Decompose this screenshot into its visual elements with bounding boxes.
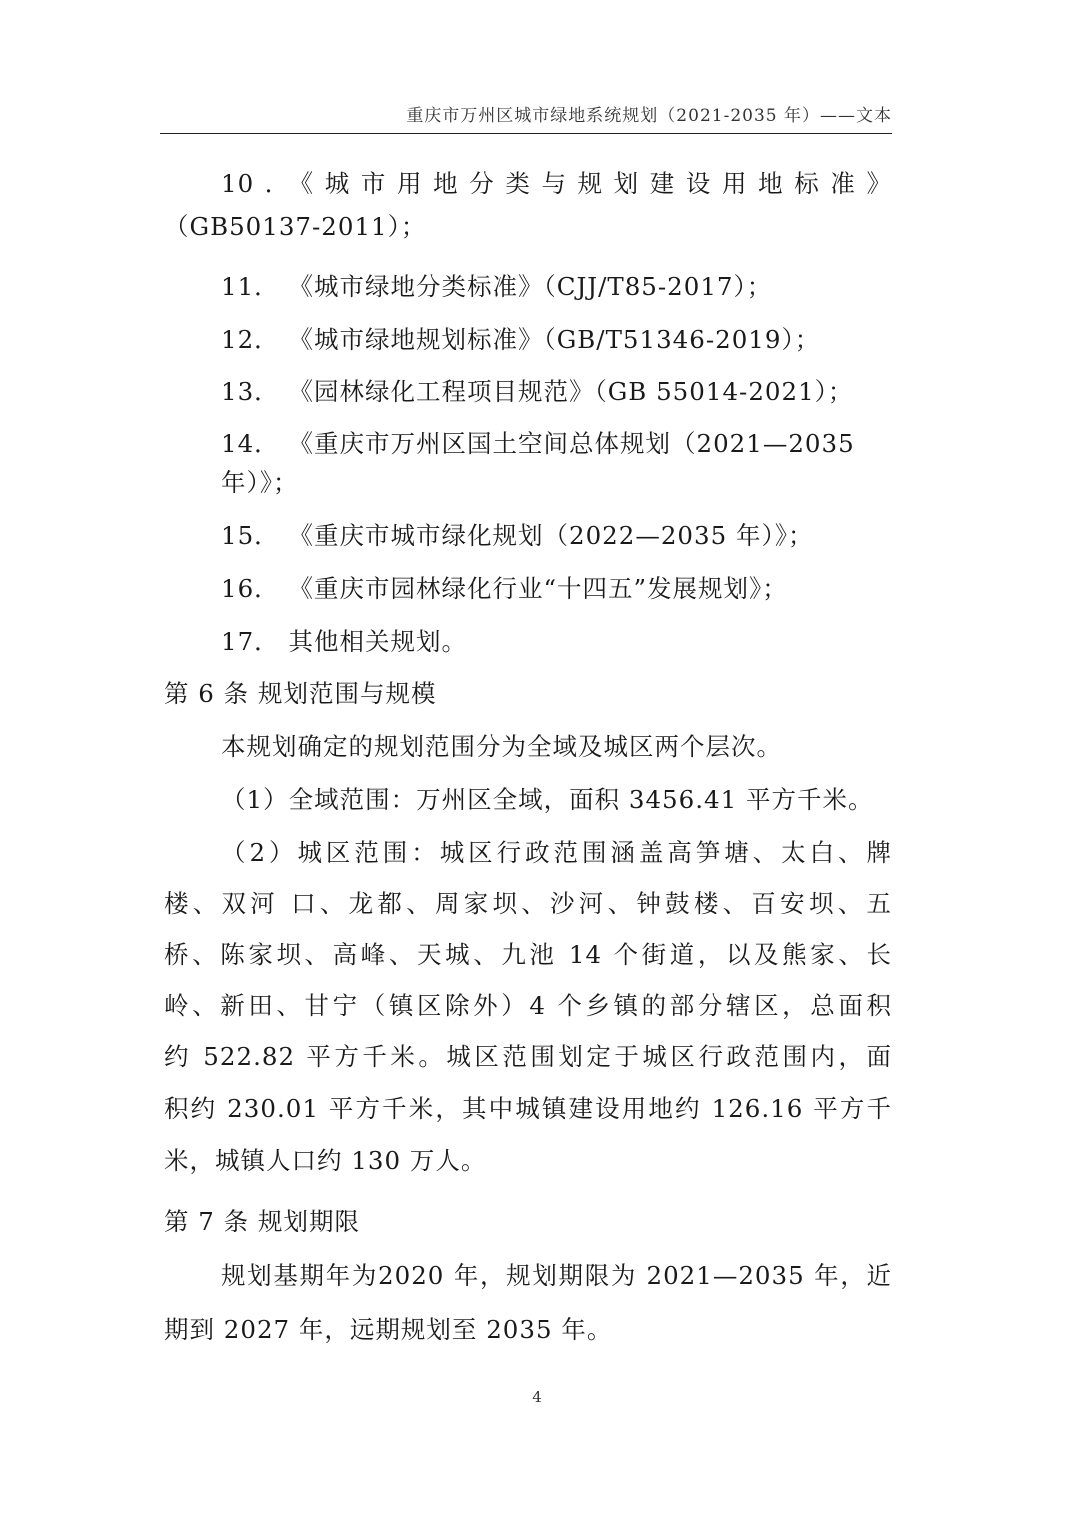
reference-item-10: 10．《城市用地分类与规划建设用地标准》: [221, 167, 892, 201]
reference-item-13: 13． 《园林绿化工程项目规范》（GB 55014-2021）；: [221, 375, 892, 409]
article-7-heading: 第 7 条 规划期限: [164, 1205, 892, 1239]
reference-text: 《城市用地分类与规划建设用地标准》: [301, 169, 892, 198]
article-6-item-1: （1）全域范围：万州区全域，面积 3456.41 平方千米。: [221, 783, 892, 817]
reference-number: 10．: [221, 169, 301, 198]
reference-text: 《园林绿化工程项目规范》（GB 55014-2021）；: [288, 377, 853, 406]
article-6-item-2-line: 积约 230.01 平方千米，其中城镇建设用地约 126.16 平方千: [164, 1092, 892, 1126]
article-6-item-2-line: 米，城镇人口约 130 万人。: [164, 1144, 892, 1178]
reference-number: 12．: [221, 325, 280, 354]
reference-number: 15．: [221, 521, 280, 550]
reference-number: 13．: [221, 377, 280, 406]
reference-item-14-continued: 年）》；: [221, 466, 892, 500]
reference-item-14: 14． 《重庆市万州区国土空间总体规划（2021—2035: [221, 427, 892, 461]
reference-item-10-continued: （GB50137-2011）；: [164, 210, 892, 244]
reference-item-12: 12． 《城市绿地规划标准》（GB/T51346-2019）；: [221, 323, 892, 357]
reference-number: 14．: [221, 429, 280, 458]
reference-number: 16．: [221, 574, 280, 603]
article-6-item-2-line: （2）城区范围：城区行政范围涵盖高笋塘、太白、牌: [221, 836, 892, 870]
page-number: 4: [0, 1388, 1074, 1406]
reference-text: 《城市绿地分类标准》（CJJ/T85-2017）；: [288, 272, 772, 301]
reference-text: 《重庆市万州区国土空间总体规划（2021—2035: [288, 429, 854, 458]
reference-item-15: 15． 《重庆市城市绿化规划（2022—2035 年）》；: [221, 519, 892, 553]
reference-text: 《城市绿地规划标准》（GB/T51346-2019）；: [288, 325, 820, 354]
reference-text: 《重庆市城市绿化规划（2022—2035 年）》；: [288, 521, 813, 550]
header-title: 重庆市万州区城市绿地系统规划（2021-2035 年）——文本: [160, 104, 892, 128]
reference-number: 11．: [221, 272, 280, 301]
reference-text: 其他相关规划。: [288, 627, 467, 656]
reference-item-16: 16． 《重庆市园林绿化行业“十四五”发展规划》；: [221, 572, 892, 606]
article-6-intro: 本规划确定的规划范围分为全域及城区两个层次。: [221, 730, 892, 764]
reference-text: 《重庆市园林绿化行业“十四五”发展规划》；: [288, 574, 787, 603]
article-6-item-2-line: 约 522.82 平方千米。城区范围划定于城区行政范围内，面: [164, 1040, 892, 1074]
article-6-item-2-line: 岭、新田、甘宁（镇区除外）4 个乡镇的部分辖区，总面积: [164, 989, 892, 1023]
reference-number: 17．: [221, 627, 280, 656]
article-6-heading: 第 6 条 规划范围与规模: [164, 677, 892, 711]
reference-item-11: 11． 《城市绿地分类标准》（CJJ/T85-2017）；: [221, 270, 892, 304]
article-6-item-2-line: 楼、双河 口、龙都、周家坝、沙河、钟鼓楼、百安坝、五: [164, 887, 892, 921]
article-7-body-line: 规划基期年为2020 年，规划期限为 2021—2035 年，近: [221, 1259, 892, 1293]
article-7-body-line: 期到 2027 年，远期规划至 2035 年。: [164, 1313, 892, 1347]
reference-item-17: 17． 其他相关规划。: [221, 625, 892, 659]
article-6-item-2-line: 桥、陈家坝、高峰、天城、九池 14 个街道，以及熊家、长: [164, 938, 892, 972]
header-divider: [160, 133, 892, 134]
